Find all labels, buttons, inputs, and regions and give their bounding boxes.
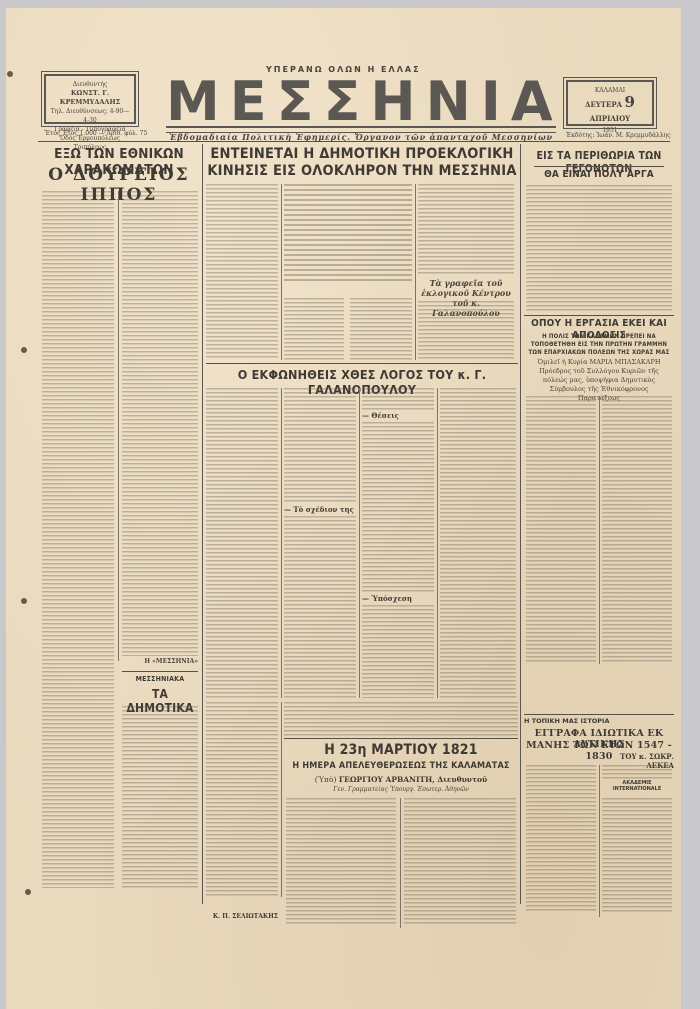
column-rule — [281, 184, 282, 360]
history-body-col2b — [602, 798, 672, 913]
speech-subhead: — Ὑπόσχεση — [362, 594, 412, 603]
history-ref: ΑΚΑΔΕΜΙΕ INTERNATIONALE — [602, 780, 672, 792]
issue-number: Ἔτος Ἐτος 1.000 — Ἀριθ. φύλ. 75 — [44, 130, 147, 137]
column-rule — [599, 765, 600, 917]
date-box: ΚΑΛΑΜΑΙ ΔΕΥΤΕΡΑ 9 ΑΠΡΙΛΙΟΥ 1951 — [566, 80, 654, 126]
column-rule — [281, 388, 282, 698]
municipal-body — [122, 706, 198, 888]
speech-body-col3b — [362, 422, 434, 592]
left-body-col1 — [42, 191, 114, 888]
date-weekday: ΔΕΥΤΕΡΑ — [585, 100, 622, 109]
masthead-bottom-rule — [38, 141, 670, 142]
column-rule — [599, 396, 600, 664]
march-byline-name: ΓΕΩΡΓΙΟΥ ΑΡΒΑΝΙΤΗ, Διευθυντοῦ — [339, 775, 487, 784]
work-body-col2 — [602, 396, 672, 664]
left-signoff: Η «ΜΕΣΣΗΝΙΑ» — [122, 658, 198, 665]
divider — [534, 166, 664, 167]
divider — [524, 315, 674, 316]
date-month: ΑΠΡΙΛΙΟΥ — [590, 114, 630, 123]
speech-subhead: — Τὸ σχέδιον της — [284, 505, 354, 514]
history-body-col1 — [526, 765, 596, 913]
history-kicker: Η ΤΟΠΙΚΗ ΜΑΣ ΙΣΤΟΡΙΑ — [524, 717, 610, 725]
speech-subhead: — Θέσεις — [362, 411, 399, 420]
divider — [524, 714, 674, 715]
speech-body-col3 — [362, 388, 434, 410]
march-headline-line1: Η 23η ΜΑΡΤΙΟΥ 1821 — [284, 742, 518, 759]
speech-body-col2b — [284, 516, 356, 698]
date-day: 9 — [625, 93, 635, 111]
seliotakis-signoff: Κ. Π. ΣΕΛΙΩΤΑΚΗΣ — [206, 913, 278, 920]
march-byline: (Ὑπὸ) ΓΕΩΡΓΙΟΥ ΑΡΒΑΝΙΤΗ, Διευθυντοῦ — [284, 775, 518, 784]
director-box: Διευθυντής ΚΩΝΣΤ. Γ. ΚΡΕΜΜΥΔΑΛΗΣ Τηλ. Δι… — [44, 74, 136, 124]
column-rule — [118, 191, 119, 661]
lead-body-col1 — [206, 184, 278, 360]
column-rule — [359, 388, 360, 698]
speech-body-col1 — [206, 388, 278, 698]
march-body-col2 — [404, 798, 516, 924]
history-body-col2 — [602, 765, 672, 779]
director-phone: Τηλ. Διευθύνσεως: 4-90—4-30 — [48, 107, 132, 125]
column-rule — [202, 144, 203, 904]
march-byline-prefix: (Ὑπὸ) — [315, 775, 337, 784]
speech-body-col4 — [440, 388, 516, 698]
punch-hole — [25, 889, 31, 895]
march-byline-role: Γεν. Γραμματείας Ὑπουργ. Ἐσωτερ. Ἀθηνῶν — [284, 786, 518, 793]
march-body-col1 — [286, 798, 396, 924]
date-city: ΚΑΛΑΜΑΙ — [570, 86, 650, 95]
speech-body-col1-cont — [206, 702, 278, 897]
lead-body-col3 — [350, 298, 412, 360]
work-subhead: Η ΠΟΛΙΣ ΤΩΝ ΚΑΛΑΜΩΝ ΠΡΕΠΕΙ ΝΑ ΤΟΠΟΘΕΤΗΘΗ… — [528, 333, 670, 357]
column-rule — [415, 184, 416, 360]
column-rule — [437, 388, 438, 698]
punch-hole — [7, 71, 13, 77]
speech-body-col3c — [362, 605, 434, 698]
lead-body-col4 — [418, 184, 514, 276]
march-headline-line2: Η ΗΜΕΡΑ ΑΠΕΛΕΥΘΕΡΩΣΕΩΣ ΤΗΣ ΚΑΛΑΜΑΤΑΣ — [284, 760, 518, 772]
municipal-kicker: ΜΕΣΣΗΝΙΑΚΑ — [122, 675, 198, 684]
left-body-col2 — [122, 191, 198, 656]
speech-body-tail — [284, 702, 518, 736]
publisher: Ἐκδότης: Ἰωάν. Μ. Κρεμμυδάλλης — [566, 132, 671, 139]
column-rule — [400, 798, 401, 928]
lead-body-col5 — [418, 301, 514, 360]
speech-body-col2 — [284, 388, 356, 503]
right-top-body — [526, 185, 672, 313]
punch-hole — [21, 598, 27, 604]
punch-hole — [21, 347, 27, 353]
divider — [122, 671, 198, 672]
director-label: Διευθυντής — [48, 80, 132, 89]
lead-headline-line1: ΕΝΤΕΙΝΕΤΑΙ Η ΔΗΜΟΤΙΚΗ ΠΡΟΕΚΛΟΓΙΚΗ — [206, 146, 518, 162]
masthead-title: ΜΕΣΣΗΝΙΑ — [166, 76, 556, 128]
divider — [284, 738, 518, 739]
lead-intro — [284, 184, 412, 292]
divider — [206, 363, 518, 364]
newspaper-page: ΥΠΕΡΑΝΩ ΟΛΩΝ Η ΕΛΛΑΣ ΜΕΣΣΗΝΙΑ Ἑβδομαδιαί… — [6, 8, 681, 1009]
lead-body-col2 — [284, 298, 344, 360]
right-headline: ΘΑ ΕΙΝΑΙ ΠΟΛΥ ΑΡΓΑ — [524, 169, 674, 181]
column-rule — [281, 702, 282, 897]
lead-headline-line2: ΚΙΝΗΣΙΣ ΕΙΣ ΟΛΟΚΛΗΡΟΝ ΤΗΝ ΜΕΣΣΗΝΙΑ — [206, 163, 518, 179]
director-name: ΚΩΝΣΤ. Γ. ΚΡΕΜΜΥΔΑΛΗΣ — [48, 89, 132, 107]
work-body-col1 — [526, 396, 596, 664]
column-rule — [520, 144, 521, 904]
